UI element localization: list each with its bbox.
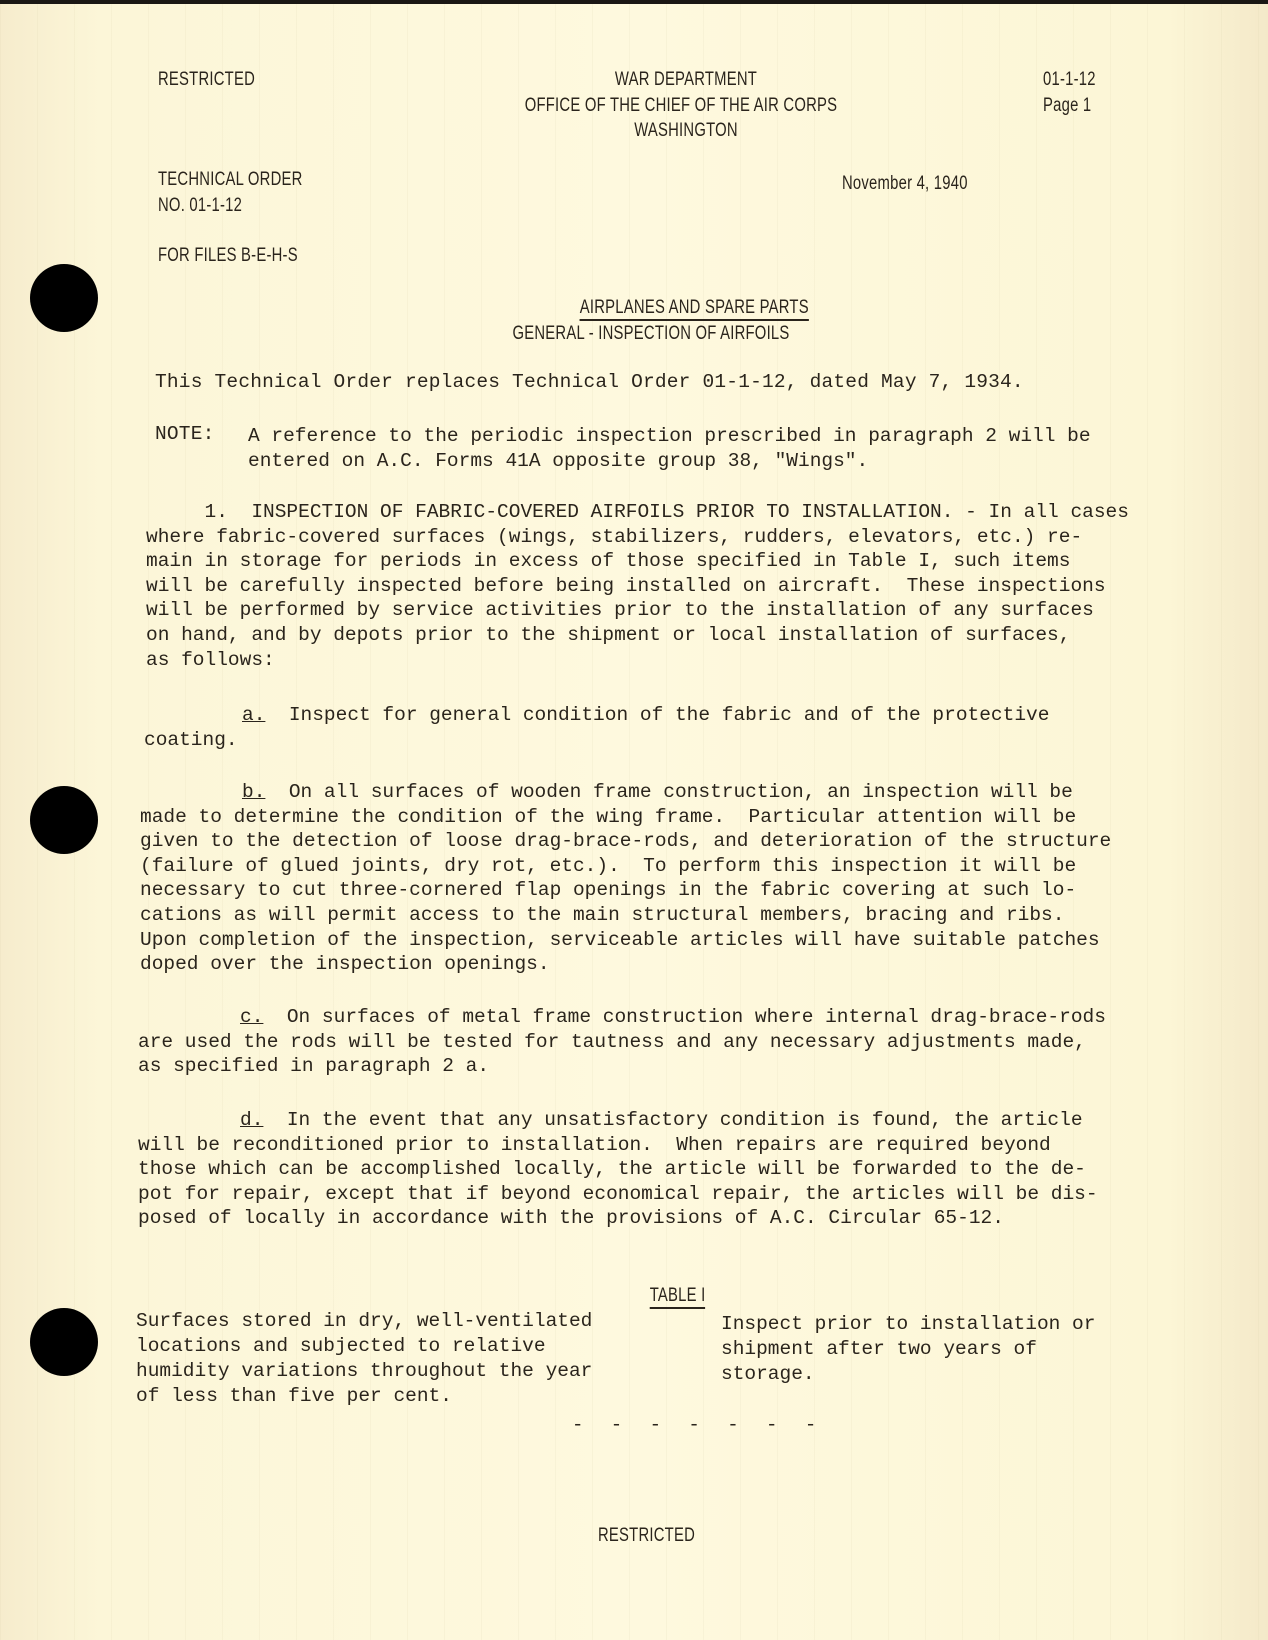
section-1-line: where fabric-covered surfaces (wings, st… [146,525,1176,550]
separator-dashes: - - - - - - - [572,1413,824,1437]
item-d-line: posed of locally in accordance with the … [138,1206,1168,1231]
technical-order-label: TECHNICAL ORDER [158,168,303,192]
item-b-line: Upon completion of the inspection, servi… [140,928,1170,953]
item-a: a. Inspect for general condition of the … [144,703,1174,752]
item-d-line: will be reconditioned prior to installat… [138,1133,1168,1158]
document-title: GENERAL - INSPECTION OF AIRFOILS [512,322,789,346]
binder-hole-middle [30,786,98,854]
note-line: A reference to the periodic inspection p… [248,424,1168,449]
table-cell-line: of less than five per cent. [136,1384,592,1409]
item-d-line: pot for repair, except that if beyond ec… [138,1182,1168,1207]
files-line: FOR FILES B-E-H-S [158,244,298,268]
item-a-line: Inspect for general condition of the fab… [289,704,1050,726]
city-name: WASHINGTON [634,119,738,143]
item-b-line: cations as will permit access to the mai… [140,903,1170,928]
technical-order-number: NO. 01-1-12 [158,194,242,218]
table-cell-line: humidity variations throughout the year [136,1359,592,1384]
table-cell-line: shipment after two years of [721,1337,1095,1362]
section-1-line: will be performed by service activities … [146,598,1176,623]
classification-bottom: RESTRICTED [598,1524,695,1548]
item-b-line: (failure of glued joints, dry rot, etc.)… [140,854,1170,879]
binder-hole-top [30,264,98,332]
order-date: November 4, 1940 [842,172,968,196]
item-c-label: c. [240,1006,263,1028]
binder-hole-bottom [30,1308,98,1376]
department-name: WAR DEPARTMENT [615,68,757,92]
section-1-line: main in storage for periods in excess of… [146,549,1176,574]
item-d: d. In the event that any unsatisfactory … [138,1108,1168,1231]
table-cell-line: storage. [721,1362,1095,1387]
office-name: OFFICE OF THE CHIEF OF THE AIR CORPS [525,94,838,118]
note-label: NOTE: [155,422,215,447]
item-d-line: those which can be accomplished locally,… [138,1157,1168,1182]
subject-text: AIRPLANES AND SPARE PARTS [580,297,809,321]
table-cell-line: locations and subjected to relative [136,1334,592,1359]
item-d-line: In the event that any unsatisfactory con… [287,1109,1083,1131]
item-a-label: a. [242,704,265,726]
item-c-line: On surfaces of metal frame construction … [287,1006,1106,1028]
section-1-line: on hand, and by depots prior to the ship… [146,623,1176,648]
item-b: b. On all surfaces of wooden frame const… [140,780,1170,977]
replaces-notice: This Technical Order replaces Technical … [155,370,1024,395]
item-d-label: d. [240,1109,263,1131]
page-number: Page 1 [1043,94,1091,118]
item-b-line: doped over the inspection openings. [140,952,1170,977]
item-b-line: necessary to cut three-cornered flap ope… [140,878,1170,903]
table-cell-line: Surfaces stored in dry, well-ventilated [136,1309,592,1334]
note-text: A reference to the periodic inspection p… [248,424,1168,473]
classification-top: RESTRICTED [158,68,255,92]
item-c-line: are used the rods will be tested for tau… [138,1030,1168,1055]
item-b-line: made to determine the condition of the w… [140,805,1170,830]
table-cell-line: Inspect prior to installation or [721,1312,1095,1337]
item-c-line: as specified in paragraph 2 a. [138,1054,1168,1079]
table-1-title-text: TABLE I [650,1285,706,1309]
document-page: RESTRICTED WAR DEPARTMENT OFFICE OF THE … [0,0,1268,1640]
section-1-line: 1. INSPECTION OF FABRIC-COVERED AIRFOILS… [146,500,1176,525]
item-a-line: coating. [144,728,1174,753]
item-b-line: On all surfaces of wooden frame construc… [289,781,1073,803]
doc-number: 01-1-12 [1043,68,1096,92]
section-1-line: will be carefully inspected before being… [146,574,1176,599]
item-b-label: b. [242,781,265,803]
table-1-requirement-cell: Inspect prior to installation or shipmen… [721,1312,1095,1387]
item-c: c. On surfaces of metal frame constructi… [138,1005,1168,1079]
item-b-line: given to the detection of loose drag-bra… [140,829,1170,854]
section-1: 1. INSPECTION OF FABRIC-COVERED AIRFOILS… [146,500,1176,672]
table-1-condition-cell: Surfaces stored in dry, well-ventilated … [136,1309,592,1409]
section-1-line: as follows: [146,648,1176,673]
note-line: entered on A.C. Forms 41A opposite group… [248,449,1168,474]
table-1-title: TABLE I [633,1260,706,1332]
